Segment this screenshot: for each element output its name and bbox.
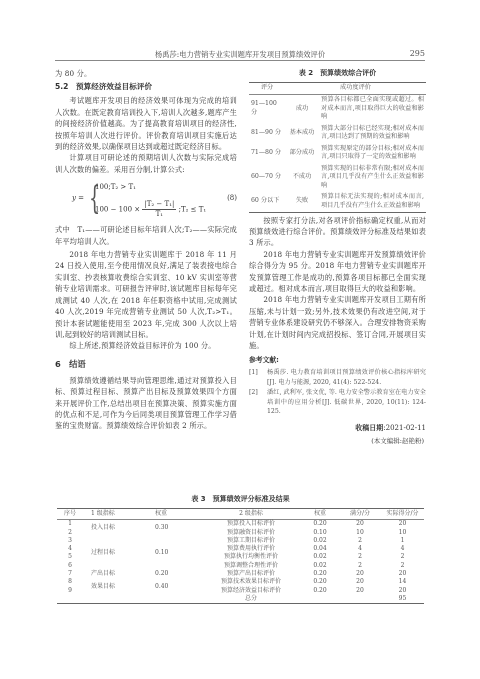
reference-key: [2] [249,388,267,417]
level-2-indicator: 预算经济效益目标评价 [201,587,301,595]
grade: 部分成功 [285,143,319,163]
table-header: 1 级指标 [83,509,141,520]
table-3: 序号 1 级指标 权重 2 级指标 权重 满分/分 实际得分/分 1 投入目标 … [57,508,424,604]
reference-text: 杨禹莎. 电力教育培训项目预算绩效评价核心指标库研究[J]. 电力与能源, 20… [267,368,426,387]
table-header: 序号 [57,509,83,520]
score-range: 91—100 分 [249,94,285,123]
row-number: 9 [57,587,83,595]
section-heading-5-2: 5.2 预算经济效益目标评价 [55,81,237,93]
table-row: 81—90 分 基本成功 预算大部分目标已经实现;相对成本而言,项目达到了预期的… [249,123,426,143]
equation-lhs: y = [72,193,84,204]
full-score: 20 [339,570,381,578]
level-1-weight: 0.10 [141,537,201,570]
actual-score: 20 [381,520,424,529]
received-date: :2021-02-11 [383,424,426,432]
grade: 不成功 [285,163,319,192]
row-number: 5 [57,553,83,561]
table-header: 实际得分/分 [381,509,424,520]
level-1-weight: 0.40 [141,578,201,595]
fraction: |T₂ − T₁| T₁ [142,200,176,219]
description: 预算实现的目标非常有限;相对成本而言,项目几乎没有产生什么正效益和影响 [319,163,426,192]
actual-score: 20 [381,587,424,595]
paragraph: 为 80 分。 [55,68,237,79]
description: 预算实现原定的部分目标;相对成本而言,项目只取得了一定的效益和影响 [319,143,426,163]
table-3-caption: 表 3 预算绩效评分标准及结果 [57,494,424,504]
full-score: 20 [339,587,381,595]
section-heading-6: 6 结语 [55,358,237,370]
references-heading: 参考文献: [249,354,426,366]
table-row: 3 过程目标 0.10 预算工期目标评价 0.02 2 1 [57,537,424,545]
level-2-weight: 0.10 [301,529,339,537]
description: 预算目标无法实现的;相对成本而言,项目几乎没有产生什么正效益和影响 [319,192,426,213]
score-range: 81—90 分 [249,123,285,143]
table-header: 权重 [141,509,201,520]
equation-case-1: 100;T₂ > T₁ [95,182,136,193]
table-2-caption: 表 2 预算绩效综合评价 [249,68,426,78]
table-row: 60—70 分 不成功 预算实现的目标非常有限;相对成本而言,项目几乎没有产生什… [249,163,426,192]
grade: 基本成功 [285,123,319,143]
description: 预算大部分目标已经实现;相对成本而言,项目达到了预期的效益和影响 [319,123,426,143]
row-number: 7 [57,570,83,578]
grade: 失败 [285,192,319,213]
reference-item: [2] 潘红, 武利军, 张文优, 等. 电力安全警示教育室在电力安全培训中的应… [249,388,426,417]
fraction-denominator: T₁ [142,210,176,219]
equation-case-2-prefix: 100 − 100 × [95,206,140,214]
paragraph: 2018 年电力营销专业实训题库开发项目工期有所压缩,未与计划一致;另外,技术效… [249,294,426,351]
level-1-weight: 0.20 [141,570,201,578]
table-2: 评分 成功度评价 91—100 分 成功 预算各目标都已全面实现或超过。相对成本… [249,82,426,213]
equation-8: y = { 100;T₂ > T₁ 100 − 100 × |T₂ − T₁| … [55,178,237,220]
equation-case-2-condition: ;T₂ ≤ T₁ [179,206,207,214]
row-number: 3 [57,537,83,545]
row-number: 6 [57,562,83,570]
paragraph: 计算项目可研论述的预期培训人次数与实际完成培训人次数的偏差。采用百分制,计算公式… [55,152,237,175]
level-2-indicator: 预算融资目标评价 [201,529,301,537]
table-header: 权重 [301,509,339,520]
table-total-row: 总分 95 [57,595,424,604]
equation-number: (8) [227,193,237,204]
level-2-weight: 0.02 [301,553,339,561]
received-date-line: 收稿日期:2021-02-11 [249,423,426,434]
right-column: 表 2 预算绩效综合评价 评分 成功度评价 91—100 分 成功 预算各目标都… [249,68,426,448]
table-row: 1 投入目标 0.30 预算投入目标评价 0.20 20 20 [57,520,424,529]
actual-score: 1 [381,537,424,545]
running-header: 杨禹莎:电力营销专业实训题库开发项目预算绩效评价 295 [55,48,425,61]
actual-score: 20 [381,570,424,578]
level-2-weight: 0.02 [301,537,339,545]
level-2-weight: 0.20 [301,587,339,595]
reference-key: [1] [249,368,267,387]
row-number: 2 [57,529,83,537]
paragraph: 按照专家打分法,对各项评价指标确定权重,从而对预算绩效进行综合评价。预算绩效评分… [249,215,426,249]
level-1-indicator: 效果目标 [83,578,141,595]
actual-score: 10 [381,529,424,537]
row-number: 1 [57,520,83,529]
full-score: 2 [339,553,381,561]
full-score: 4 [339,545,381,553]
left-column: 为 80 分。 5.2 预算经济效益目标评价 考试题库开发项目的经济效果可体现为… [55,68,237,432]
full-score: 20 [339,578,381,586]
paragraph: 式中 T₁——可研论述目标年培训人次;T₂——实际完成年平均培训人次。 [55,224,237,247]
full-score: 2 [339,562,381,570]
full-score: 20 [339,520,381,529]
table-header: 评分 [249,83,285,95]
full-score: 2 [339,537,381,545]
reference-list: [1] 杨禹莎. 电力教育培训项目预算绩效评价核心指标库研究[J]. 电力与能源… [249,368,426,417]
level-2-indicator: 预算执行均衡性评价 [201,553,301,561]
level-1-indicator: 产出目标 [83,570,141,578]
equation-case-2: 100 − 100 × |T₂ − T₁| T₁ ;T₂ ≤ T₁ [95,200,206,219]
level-2-indicator: 预算工期目标评价 [201,537,301,545]
total-label: 总分 [201,595,301,604]
page-number: 295 [410,48,425,59]
row-number: 4 [57,545,83,553]
paragraph: 预算绩效遵循结果导向管理思维,通过对预算投入目标、预算过程目标、预算产出目标及预… [55,375,237,432]
table-header: 成功度评价 [285,83,426,95]
score-range: 60 分以下 [249,192,285,213]
row-number: 8 [57,578,83,586]
score-range: 60—70 分 [249,163,285,192]
level-2-weight: 0.20 [301,520,339,529]
reference-text: 潘红, 武利军, 张文优, 等. 电力安全警示教育室在电力安全培训中的应用分析[… [267,388,426,417]
level-2-weight: 0.20 [301,578,339,586]
paragraph: 综上所述,预算经济效益目标评价为 100 分。 [55,340,237,351]
full-score: 10 [339,529,381,537]
score-range: 71—80 分 [249,143,285,163]
paragraph: 2018 年电力营销专业实训题库开发预算绩效评价综合得分为 95 分。2018 … [249,249,426,295]
actual-score: 2 [381,553,424,561]
level-2-indicator: 预算技术效果目标评价 [201,578,301,586]
paragraph: 考试题库开发项目的经济效果可体现为完成的培训人次数。在既定教育培训投入下,培训人… [55,95,237,152]
table-row: 91—100 分 成功 预算各目标都已全面实现或超过。相对成本而言,项目取得巨大… [249,94,426,123]
description: 预算各目标都已全面实现或超过。相对成本而言,项目取得巨大的收益和影响 [319,94,426,123]
level-2-indicator: 预算调整合理性评价 [201,562,301,570]
table-header: 2 级指标 [201,509,301,520]
level-2-weight: 0.20 [301,570,339,578]
table-row: 71—80 分 部分成功 预算实现原定的部分目标;相对成本而言,项目只取得了一定… [249,143,426,163]
editor-note: (本文编辑:赵艳粉) [249,436,424,447]
level-1-weight: 0.30 [141,520,201,537]
level-2-weight: 0.04 [301,545,339,553]
fraction-numerator: |T₂ − T₁| [142,200,176,210]
level-1-indicator: 投入目标 [83,520,141,537]
running-title: 杨禹莎:电力营销专业实训题库开发项目预算绩效评价 [55,49,425,60]
paragraph: 2018 年电力营销专业实训题库于 2018 年 11 月 24 日投入使用,至… [55,249,237,340]
reference-item: [1] 杨禹莎. 电力教育培训项目预算绩效评价核心指标库研究[J]. 电力与能源… [249,368,426,387]
table-row: 8 效果目标 0.40 预算技术效果目标评价 0.20 20 14 [57,578,424,586]
actual-score: 14 [381,578,424,586]
received-label: 收稿日期 [355,424,383,432]
actual-score: 4 [381,545,424,553]
grade: 成功 [285,94,319,123]
level-1-indicator: 过程目标 [83,537,141,570]
table-row: 60 分以下 失败 预算目标无法实现的;相对成本而言,项目几乎没有产生什么正效益… [249,192,426,213]
table-header: 满分/分 [339,509,381,520]
table-3-container: 表 3 预算绩效评分标准及结果 序号 1 级指标 权重 2 级指标 权重 满分/… [57,494,424,604]
level-2-indicator: 预算投入目标评价 [201,520,301,529]
level-2-weight: 0.02 [301,562,339,570]
total-score: 95 [381,595,424,604]
actual-score: 2 [381,562,424,570]
